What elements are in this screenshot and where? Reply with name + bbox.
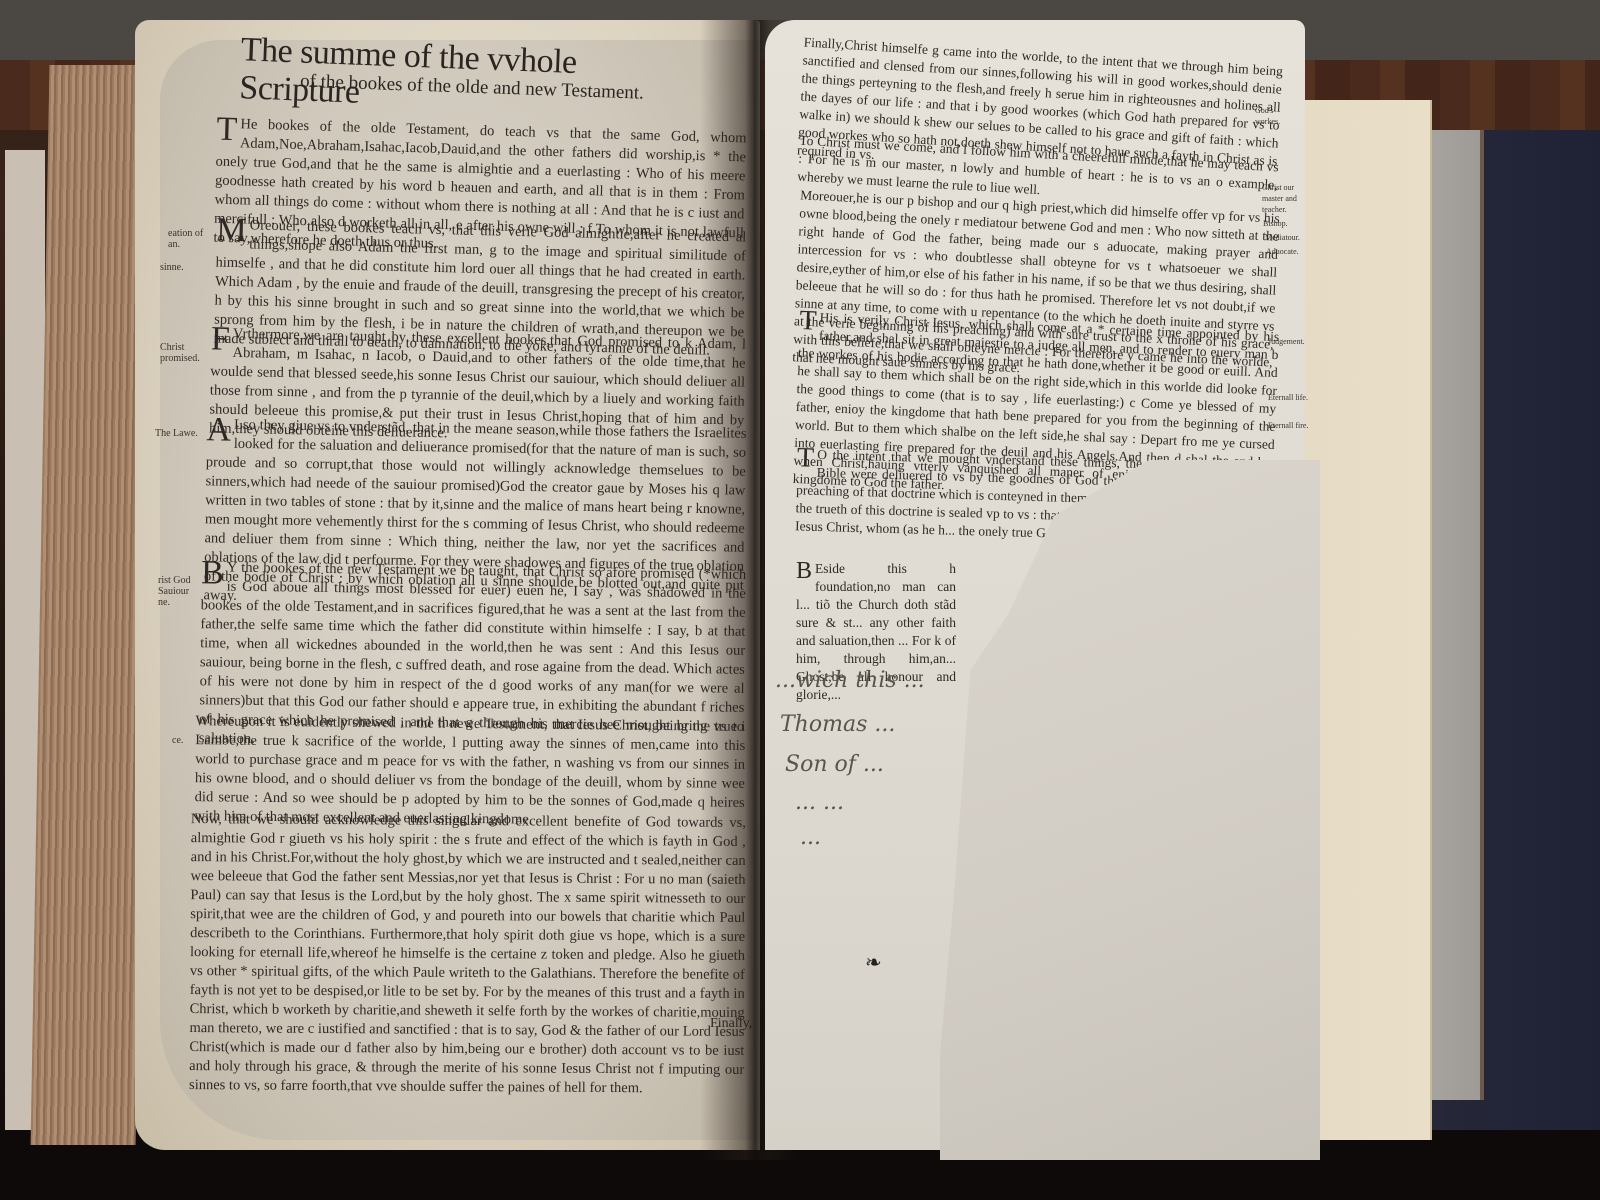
drop-cap: T <box>797 445 815 471</box>
handwritten-line: ... ... <box>795 790 844 815</box>
handwritten-line: ... <box>800 825 821 850</box>
drop-cap: F <box>211 324 231 354</box>
margin-note: Eternall fire. <box>1268 420 1313 431</box>
margin-note: Judgement. <box>1268 336 1313 347</box>
paragraph-holy-spirit: Now, that we should acknowledge this sin… <box>189 810 746 1099</box>
margin-note: The Lawe. <box>155 428 199 439</box>
margin-note: ce. <box>172 735 202 746</box>
margin-note: Aduocate. <box>1266 246 1311 257</box>
margin-note: Eternall life. <box>1268 392 1313 403</box>
margin-note: sinne. <box>160 262 204 273</box>
drop-cap: T <box>799 308 817 335</box>
drop-cap: B <box>796 560 812 582</box>
margin-note: Christ our master and teacher. <box>1262 182 1307 215</box>
drop-cap: T <box>216 115 238 146</box>
margin-note: rist God Sauiour ne. <box>158 575 202 608</box>
margin-note: Bishop. <box>1263 218 1308 229</box>
handwritten-line: Son of ... <box>785 752 884 777</box>
margin-note: eation of an. <box>168 228 212 250</box>
drop-cap: B <box>201 558 224 588</box>
photo-scene: The summe of the vvhole Scripture of the… <box>0 0 1600 1200</box>
margin-note: Christ promised. <box>160 342 204 364</box>
drop-cap: M <box>216 216 247 247</box>
handwritten-line: ...wich this ... <box>775 668 925 693</box>
margin-note: Mediatour. <box>1265 232 1310 243</box>
paragraph-text: Now, that we should acknowledge this sin… <box>189 811 746 1096</box>
printer-ornament-icon: ❧ <box>865 950 882 975</box>
drop-cap: A <box>206 415 231 445</box>
handwritten-line: Thomas ... <box>780 712 895 737</box>
margin-note: God's workes. <box>1255 105 1300 127</box>
